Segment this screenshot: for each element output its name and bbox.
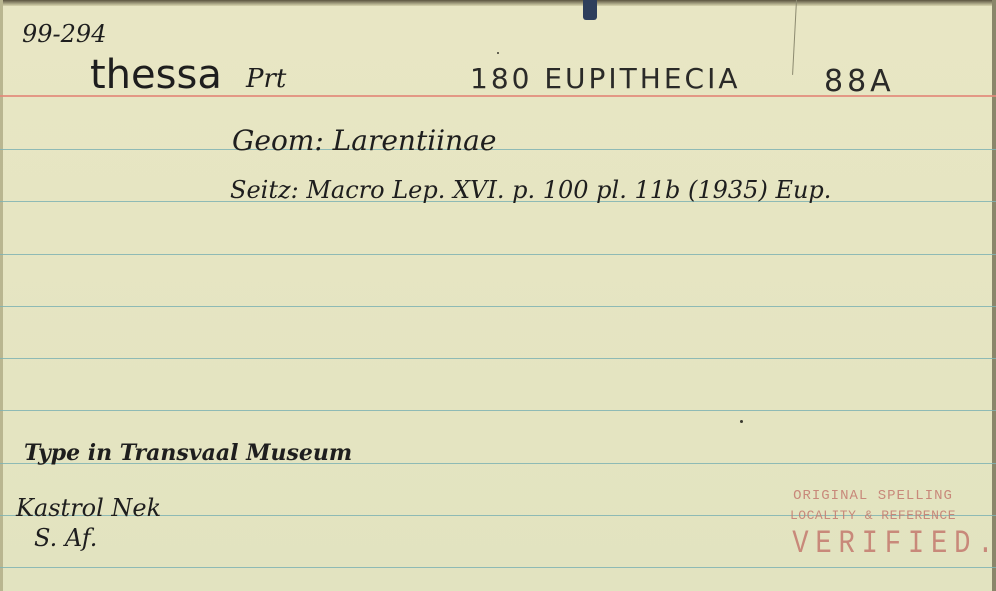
rule-line [0,567,996,568]
literature-reference: Seitz: Macro Lep. XVI. p. 100 pl. 11b (1… [230,176,831,204]
accession-number: 99-294 [22,20,106,48]
locality-line-1: Kastrol Nek [16,494,161,522]
binder-clip-icon [583,0,597,20]
ink-speck [497,52,499,54]
rule-line [0,254,996,255]
genus-entry: 180 EUPITHECIA [470,62,740,95]
rule-line [0,306,996,307]
rule-line [0,149,996,150]
locality-line-2: S. Af. [34,524,97,552]
stamp-verified: VERIFIED. [792,525,954,562]
card-top-edge [0,0,996,6]
species-name: thessa [90,52,222,98]
rule-line [0,410,996,411]
rule-line [0,358,996,359]
index-card: 99-294 thessa Prt 180 EUPITHECIA 88A Geo… [0,0,996,591]
card-right-edge [992,0,996,591]
card-left-edge [0,0,3,591]
species-author: Prt [246,64,286,94]
verification-stamp: ORIGINAL SPELLING LOCALITY & REFERENCE V… [778,488,968,562]
family-subfamily: Geom: Larentiinae [232,124,496,157]
type-location: Type in Transvaal Museum [24,440,352,466]
stamp-line-2: LOCALITY & REFERENCE [778,508,968,523]
ink-speck [740,420,743,423]
stamp-line-1: ORIGINAL SPELLING [778,488,968,504]
card-crease [792,0,797,75]
card-reference-number: 88A [824,64,895,99]
